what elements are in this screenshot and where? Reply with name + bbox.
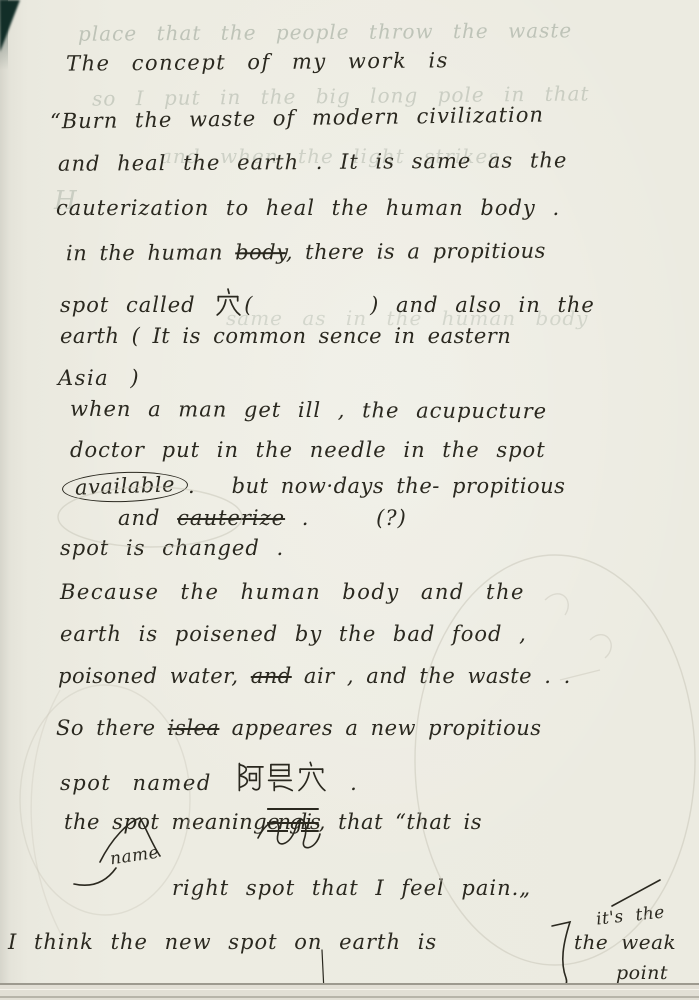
pain-swoosh-stroke [612, 880, 660, 906]
handwritten-line: spot called 穴( ) and also in the [60, 282, 595, 317]
handwritten-line: So there islea appeares a new propitious [56, 716, 542, 740]
text-run: , that “that is [319, 810, 482, 834]
text-run: appeares a new propitious [219, 716, 541, 740]
circled-word: available [62, 470, 189, 504]
name-flourish-stroke [74, 868, 116, 885]
handwritten-line: available. but now·days the- propitious [62, 472, 565, 502]
handwritten-line: The concept of my work is [66, 48, 449, 75]
text-run: the spot meaning [64, 810, 267, 834]
handwritten-line: spot named 阿是穴 . [60, 760, 358, 795]
handwritten-line: I think the new spot on earth is [8, 930, 437, 954]
text-run: spot called [60, 293, 212, 317]
handwritten-line: cauterization to heal the human body . [56, 196, 560, 220]
page-bottom-shadow [0, 996, 699, 998]
text-run: spot named [60, 771, 233, 795]
handwritten-line: spot is changed . [60, 536, 284, 560]
cjk-ashixue-glyph-icon [236, 760, 326, 794]
inserted-word-name: name [109, 843, 161, 870]
handwritten-line: Because the human body and the [60, 580, 525, 604]
text-run: and [118, 506, 177, 530]
struck-word: cauterize [177, 506, 285, 530]
handwritten-line: Asia ) [58, 366, 140, 390]
bleedthrough-line: place that the people throw the waste [78, 18, 572, 45]
handwritten-line: and heal the earth . It is same as the [58, 148, 567, 176]
handwritten-line: earth ( It is common sence in eastern [60, 324, 511, 348]
scan-edge-shadow [0, 0, 8, 70]
struck-word: and [251, 664, 292, 688]
handwritten-line: poisoned water, and air , and the waste … [58, 664, 571, 688]
text-run: but now·days the- propitious [232, 474, 566, 498]
notebook-page: place that the people throw the waste so… [0, 0, 699, 1000]
inserted-phrase-its-the: it's the [595, 902, 666, 929]
handwritten-line: in the human body, there is a propitious [66, 239, 546, 266]
text-run: (?) [376, 506, 407, 530]
text-run: So there [56, 716, 168, 740]
text-run: . [329, 771, 358, 795]
struck-word: islea [168, 716, 220, 740]
scribbled-word: englis [267, 810, 319, 834]
handwritten-line: earth is poisened by the bad food , [60, 622, 527, 646]
text-run: . [188, 474, 195, 498]
handwritten-line: the weak [574, 930, 676, 954]
cjk-xue-glyph-icon [215, 288, 241, 316]
text-run: poisoned water, [58, 664, 251, 688]
text-run: . [285, 506, 309, 530]
handwritten-line: the spot meaningenglis, that “that is [64, 810, 482, 834]
handwritten-line: when a man get ill , the acupucture [70, 397, 547, 423]
handwritten-line: doctor put in the needle in the spot [70, 438, 546, 462]
text-run: in the human [66, 240, 235, 265]
page-bottom-highlight [0, 989, 699, 990]
text-run: ( ) and also in the [244, 293, 595, 317]
text-run: air , and the waste . . [292, 664, 571, 688]
handwritten-line: point [616, 962, 668, 984]
handwritten-line: right spot that I feel pain.„ [172, 876, 531, 900]
text-run: , there is a propitious [286, 239, 546, 264]
struck-word: body [235, 240, 286, 264]
handwritten-line: and cauterize . (?) [118, 506, 407, 530]
